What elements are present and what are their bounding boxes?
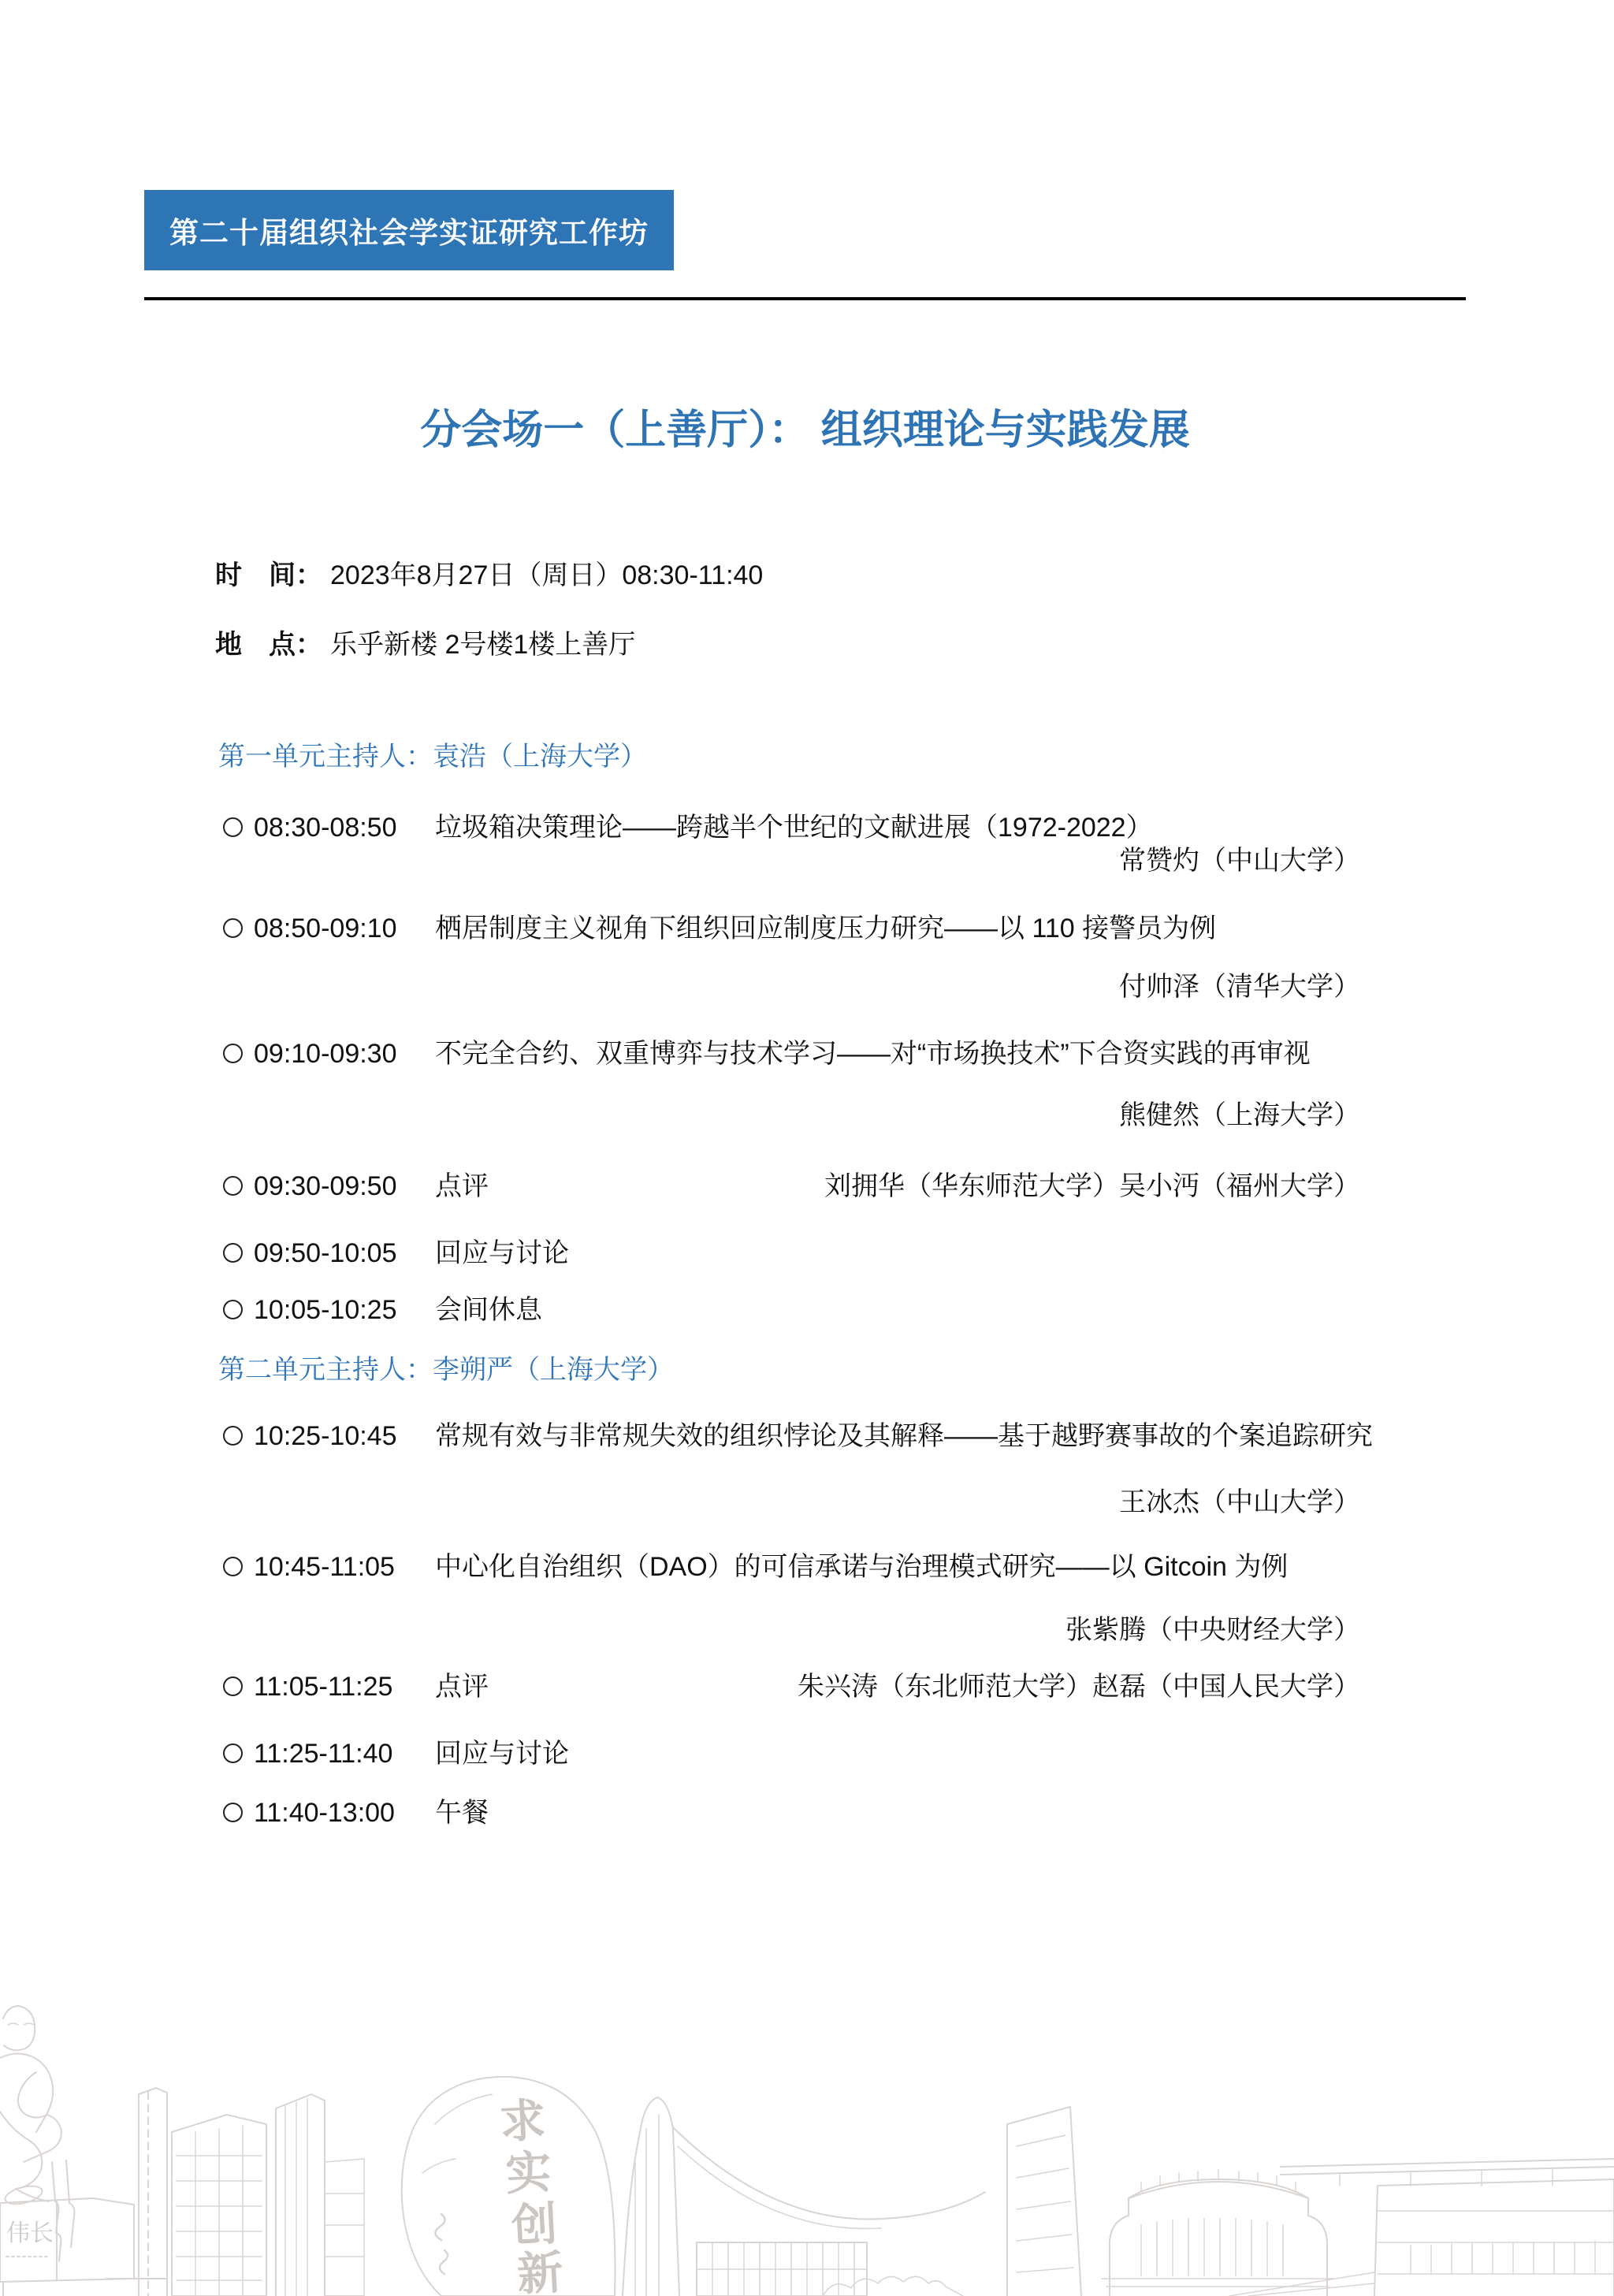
workshop-banner: 第二十届组织社会学实证研究工作坊 [144,190,674,270]
item-title: 栖居制度主义视角下组织回应制度压力研究——以 110 接警员为例 [435,914,1216,943]
schedule-item-review: 09:30-09:50点评 刘拥华（华东师范大学）吴小沔（福州大学） [223,1168,1360,1204]
stone-motto-char-3: 创 [510,2198,558,2252]
header-divider-rule [144,297,1466,300]
item-left: 11:05-11:25点评 [223,1669,489,1705]
circle-bullet-icon [223,1044,243,1063]
item-title: 中心化自治组织（DAO）的可信承诺与治理模式研究——以 Gitcoin 为例 [435,1552,1288,1582]
item-title: 点评 [435,1672,489,1702]
unit1-moderator-header: 第一单元主持人：袁浩（上海大学） [218,739,1466,775]
circle-bullet-icon [223,1176,243,1196]
item-title: 回应与讨论 [435,1238,569,1268]
campus-sketch-watermark: 伟长 求 实 创 新 [0,1926,1614,2296]
item-title: 点评 [435,1171,489,1201]
circle-bullet-icon [223,1300,243,1319]
item-time: 09:30-09:50 [254,1168,435,1204]
item-time: 08:30-08:50 [254,809,435,846]
schedule-item: 09:10-09:30不完全合约、双重博弈与技术学习——对“市场换技术”下合资实… [223,1036,1466,1072]
item-time: 09:10-09:30 [254,1036,435,1072]
place-label: 地 点： [215,630,322,660]
time-value: 2023年8月27日（周日）08:30-11:40 [330,560,763,590]
schedule-item: 09:50-10:05回应与讨论 [223,1235,1466,1271]
circle-bullet-icon [223,1676,243,1696]
item-title: 午餐 [435,1798,489,1828]
schedule-item: 08:30-08:50垃圾箱决策理论——跨越半个世纪的文献进展（1972-202… [223,809,1466,846]
schedule-item: 11:40-13:00午餐 [223,1795,1466,1831]
stone-motto-char-1: 求 [499,2095,547,2149]
stone-motto-text: 求 实 创 新 [499,2094,564,2296]
schedule-item: 10:45-11:05中心化自治组织（DAO）的可信承诺与治理模式研究——以 G… [223,1549,1466,1585]
item-presenter: 常赞灼（中山大学） [1119,843,1360,879]
item-title: 垃圾箱决策理论——跨越半个世纪的文献进展（1972-2022） [435,813,1153,843]
item-reviewers: 刘拥华（华东师范大学）吴小沔（福州大学） [824,1168,1360,1204]
stone-motto-char-2: 实 [504,2146,552,2200]
canopy-building-sketch [1229,2159,1614,2296]
place-value: 乐乎新楼 2号楼1楼上善厅 [330,630,635,660]
circle-bullet-icon [223,1426,243,1446]
item-presenter: 熊健然（上海大学） [1119,1097,1360,1133]
item-title: 回应与讨论 [435,1739,569,1769]
stone-motto-char-4: 新 [516,2247,564,2296]
pedestal-text: 伟长 [6,2220,54,2246]
schedule-item-review: 11:05-11:25点评 朱兴涛（东北师范大学）赵磊（中国人民大学） [223,1669,1360,1705]
statue-pedestal [0,2198,167,2296]
schedule-item: 11:25-11:40回应与讨论 [223,1736,1466,1772]
circle-bullet-icon [223,1743,243,1763]
item-title: 常规有效与非常规失效的组织悖论及其解释——基于越野赛事故的个案追踪研究 [435,1421,1373,1451]
unit2-moderator-header: 第二单元主持人：李朔严（上海大学） [218,1352,1466,1388]
item-title: 不完全合约、双重博弈与技术学习——对“市场换技术”下合资实践的再审视 [435,1039,1311,1069]
item-time: 11:05-11:25 [254,1669,435,1705]
item-presenter: 付帅泽（清华大学） [1119,969,1360,1005]
item-title: 会间休息 [435,1295,542,1325]
sail-building-sketch [623,2097,985,2296]
circle-bullet-icon [223,1803,243,1822]
time-label: 时 间： [215,560,322,590]
item-presenter: 张紫腾（中央财经大学） [1065,1612,1360,1648]
item-left: 09:30-09:50点评 [223,1168,489,1204]
schedule-item: 10:05-10:25会间休息 [223,1292,1466,1328]
time-row: 时 间：2023年8月27日（周日）08:30-11:40 [215,557,763,594]
place-row: 地 点：乐乎新楼 2号楼1楼上善厅 [215,627,635,663]
program-page: 伟长 求 实 创 新 第二十届组织社会学实证研究工作坊 分会场一（上善厅）： 组… [0,0,1614,2296]
circle-bullet-icon [223,918,243,938]
left-towers-sketch [139,2088,364,2296]
item-time: 11:40-13:00 [254,1795,435,1831]
item-reviewers: 朱兴涛（东北师范大学）赵磊（中国人民大学） [798,1669,1360,1705]
item-time: 09:50-10:05 [254,1235,435,1271]
circle-bullet-icon [223,1243,243,1263]
slab-tower-sketch [1007,2107,1081,2296]
page-title: 分会场一（上善厅）： 组织理论与实践发展 [144,405,1466,456]
item-time: 10:45-11:05 [254,1549,435,1585]
circle-bullet-icon [223,1557,243,1576]
workshop-banner-label: 第二十届组织社会学实证研究工作坊 [169,209,649,251]
schedule-item: 10:25-10:45常规有效与非常规失效的组织悖论及其解释——基于越野赛事故的… [223,1418,1466,1454]
dome-hall-sketch [1102,2170,1333,2296]
schedule-item: 08:50-09:10栖居制度主义视角下组织回应制度压力研究——以 110 接警… [223,910,1466,947]
item-time: 11:25-11:40 [254,1736,435,1772]
item-presenter: 王冰杰（中山大学） [1119,1484,1360,1520]
circle-bullet-icon [223,817,243,837]
item-time: 08:50-09:10 [254,910,435,947]
item-time: 10:05-10:25 [254,1292,435,1328]
item-time: 10:25-10:45 [254,1418,435,1454]
